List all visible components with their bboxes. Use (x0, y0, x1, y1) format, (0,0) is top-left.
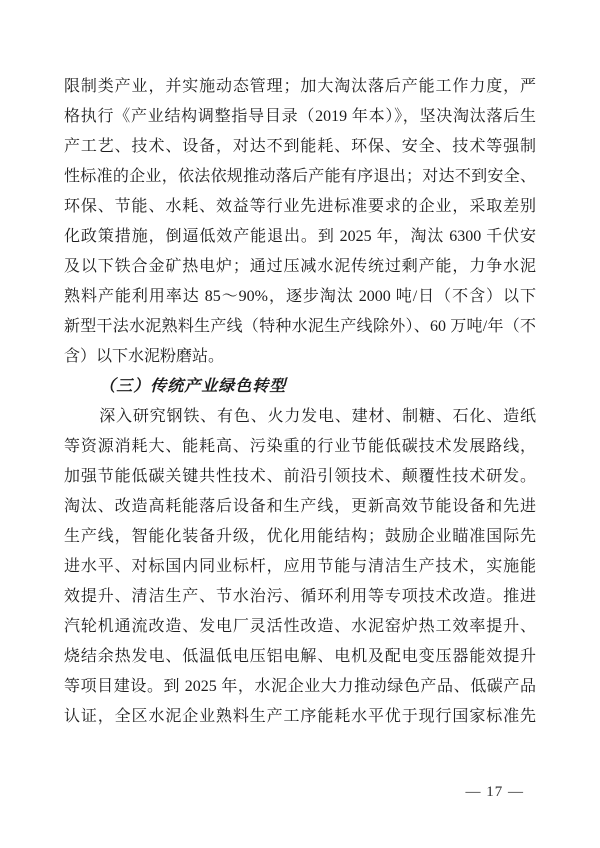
text-line: 加强节能低碳关键共性技术、前沿引领技术、颠覆性技术研发。 (64, 462, 536, 492)
text-line: 格执行《产业结构调整指导目录（2019 年本）》，坚决淘汰落后生 (64, 102, 536, 132)
text-line: 生产线，智能化装备升级，优化用能结构；鼓励企业瞄准国际先 (64, 522, 536, 552)
text-line: 熟料产能利用率达 85～90%，逐步淘汰 2000 吨/日（不含）以下 (64, 282, 536, 312)
text-line: 进水平、对标国内同业标杆，应用节能与清洁生产技术，实施能 (64, 552, 536, 582)
text-line: 认证，全区水泥企业熟料生产工序能耗水平优于现行国家标准先 (64, 702, 536, 732)
text-line: 效提升、清洁生产、节水治污、循环利用等专项技术改造。推进 (64, 582, 536, 612)
text-line: 性标准的企业，依法依规推动落后产能有序退出；对达不到安全、 (64, 162, 536, 192)
text-line: 产工艺、技术、设备，对达不到能耗、环保、安全、技术等强制 (64, 132, 536, 162)
text-line: 及以下铁合金矿热电炉；通过压减水泥传统过剩产能，力争水泥 (64, 252, 536, 282)
text-line: 化政策措施，倒逼低效产能退出。到 2025 年，淘汰 6300 千伏安 (64, 222, 536, 252)
text-line: 限制类产业，并实施动态管理；加大淘汰落后产能工作力度，严 (64, 72, 536, 102)
text-line: 烧结余热发电、低温低电压铝电解、电机及配电变压器能效提升 (64, 642, 536, 672)
text-line: 含）以下水泥粉磨站。 (64, 342, 536, 372)
text-line: 淘汰、改造高耗能落后设备和生产线，更新高效节能设备和先进 (64, 492, 536, 522)
text-line: 等资源消耗大、能耗高、污染重的行业节能低碳技术发展路线， (64, 432, 536, 462)
text-line: 深入研究钢铁、有色、火力发电、建材、制糖、石化、造纸 (64, 402, 536, 432)
document-page: 限制类产业，并实施动态管理；加大淘汰落后产能工作力度，严 格执行《产业结构调整指… (0, 0, 600, 848)
text-line: 环保、节能、水耗、效益等行业先进标准要求的企业，采取差别 (64, 192, 536, 222)
text-line: 汽轮机通流改造、发电厂灵活性改造、水泥窑炉热工效率提升、 (64, 612, 536, 642)
text-line: 等项目建设。到 2025 年，水泥企业大力推动绿色产品、低碳产品 (64, 672, 536, 702)
section-heading: （三）传统产业绿色转型 (64, 372, 536, 402)
page-number: — 17 — (466, 782, 525, 802)
page-content: 限制类产业，并实施动态管理；加大淘汰落后产能工作力度，严 格执行《产业结构调整指… (64, 72, 536, 732)
text-line: 新型干法水泥熟料生产线（特种水泥生产线除外）、60 万吨/年（不 (64, 312, 536, 342)
